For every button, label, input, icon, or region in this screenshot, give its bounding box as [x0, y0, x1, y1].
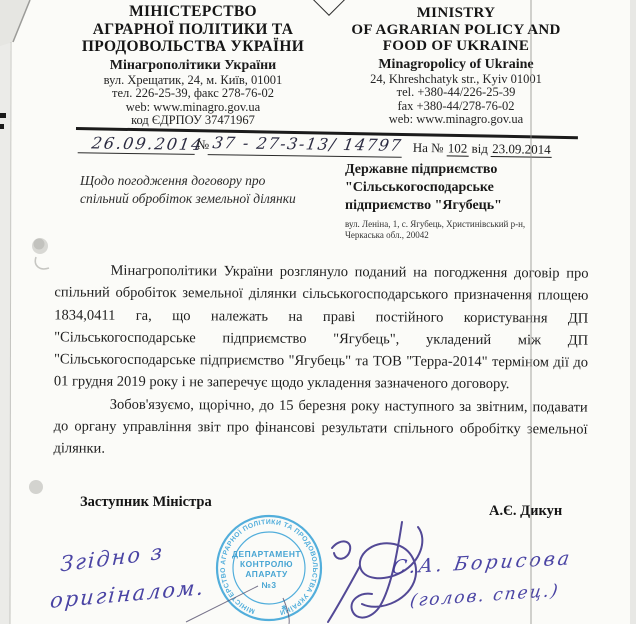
date-underline: [78, 152, 195, 155]
recipient-name-1: Державне підприємство: [345, 161, 580, 179]
ministry-title-uk-2: АГРАРНОЇ ПОЛІТИКИ ТА: [55, 21, 331, 39]
body-paragraph-2: Зобов'язуємо, щорічно, до 15 березня рок…: [53, 393, 587, 463]
subject-line-1: Щодо погодження договору про: [80, 172, 340, 190]
subject-line-2: спільний обробіток земельної ділянки: [80, 190, 340, 208]
ministry-shortname-en: Minagropolicy of Ukraine: [333, 57, 579, 73]
signer-title: Заступник Міністра: [80, 494, 212, 511]
phone-fax-uk: тел. 226-25-39, факс 278-76-02: [55, 87, 331, 101]
letter-body: Мінагрополітики України розглянуло подан…: [53, 259, 588, 463]
hole-punch-top: [32, 238, 49, 269]
recipient-block: Державне підприємство "Сільськогосподарс…: [345, 161, 580, 240]
incoming-reference: На № 102 від 23.09.2014: [413, 140, 552, 158]
ministry-title-uk: МІНІСТЕРСТВО: [55, 3, 331, 21]
recipient-address-2: Черкаська обл., 20042: [345, 230, 580, 241]
web-uk: web: www.minagro.gov.ua: [55, 101, 331, 115]
recipient-name-3: підприємство "Ягубець": [345, 197, 580, 215]
ministry-title-en-2: OF AGRARIAN POLICY AND: [333, 22, 579, 39]
letterhead-ukrainian: МІНІСТЕРСТВО АГРАРНОЇ ПОЛІТИКИ ТА ПРОДОВ…: [55, 3, 331, 128]
ministry-title-en: MINISTRY: [333, 5, 579, 22]
edrpou-code: код ЄДРПОУ 37471967: [55, 114, 331, 128]
incoming-date: 23.09.2014: [491, 141, 552, 158]
edge-mark-1: [0, 113, 6, 118]
stamp-ring-text: МІНІСТЕРСТВО АГРАРНОЇ ПОЛІТИКИ ТА ПРОДОВ…: [220, 519, 318, 616]
incoming-prefix: На №: [413, 140, 444, 155]
incoming-link-word: від: [471, 141, 488, 156]
handwritten-outgoing-date: 26.09.2014: [90, 133, 205, 154]
fold-crease-icon: [13, 0, 30, 42]
handwritten-specialist-role: (голов. спец.): [409, 581, 561, 612]
stamp-separator-icon: ✱: [281, 604, 287, 612]
stamp-outer-circle: [217, 516, 321, 620]
fold-shadow: [0, 0, 30, 46]
signer-name: А.Є. Дикун: [489, 503, 562, 520]
recipient-name-2: "Сільськогосподарське: [345, 179, 580, 197]
ministry-title-en-3: FOOD OF UKRAINE: [333, 38, 579, 55]
handwritten-outgoing-number: 37 - 27-3-13/ 14797: [211, 133, 403, 155]
handwritten-certified-1: Згідно з: [60, 539, 165, 576]
left-edge-shadow: [0, 0, 10, 624]
fax-en: fax +380-44/278-76-02: [333, 100, 579, 114]
recipient-address: вул. Леніна, 1, с. Ягубець, Христинівськ…: [345, 219, 580, 240]
scanned-letter-page: МІНІСТЕРСТВО АГРАРНОЇ ПОЛІТИКИ ТА ПРОДОВ…: [0, 0, 636, 624]
incoming-number: 102: [447, 140, 469, 156]
stamp-center-text: ДЕПАРТАМЕНТ КОНТРОЛЮ АПАРАТУ №3: [232, 544, 306, 590]
handwritten-certified-2: оригіналом.: [49, 575, 206, 613]
phone-en: тel. +380-44/226-25-39: [333, 86, 579, 100]
stamp-inner-circle: [233, 532, 305, 604]
ministry-title-uk-3: ПРОДОВОЛЬСТВА УКРАЇНИ: [55, 38, 331, 56]
subject-block: Щодо погодження договору про спільний об…: [80, 172, 340, 208]
body-paragraph-1: Мінагрополітики України розглянуло подан…: [54, 259, 589, 396]
address-en: 24, Khreshchatyk str., Kyiv 01001: [333, 73, 579, 87]
right-edge-shadow: [630, 0, 636, 624]
hole-punch-bottom: [29, 480, 43, 494]
address-uk: вул. Хрещатик, 24, м. Київ, 01001: [55, 74, 331, 88]
ministry-round-stamp: МІНІСТЕРСТВО АГРАРНОЇ ПОЛІТИКИ ТА ПРОДОВ…: [217, 516, 321, 620]
letterhead-english: MINISTRY OF AGRARIAN POLICY AND FOOD OF …: [333, 5, 579, 127]
number-underline: [208, 154, 402, 158]
recipient-address-1: вул. Леніна, 1, с. Ягубець, Христинівськ…: [345, 219, 580, 230]
handwritten-specialist-name: С.А. Борисова: [390, 547, 574, 579]
web-en: web: www.minagro.gov.ua: [333, 113, 579, 127]
number-sign: №: [197, 137, 210, 153]
ministry-shortname-uk: Мінагрополітики України: [55, 58, 331, 74]
